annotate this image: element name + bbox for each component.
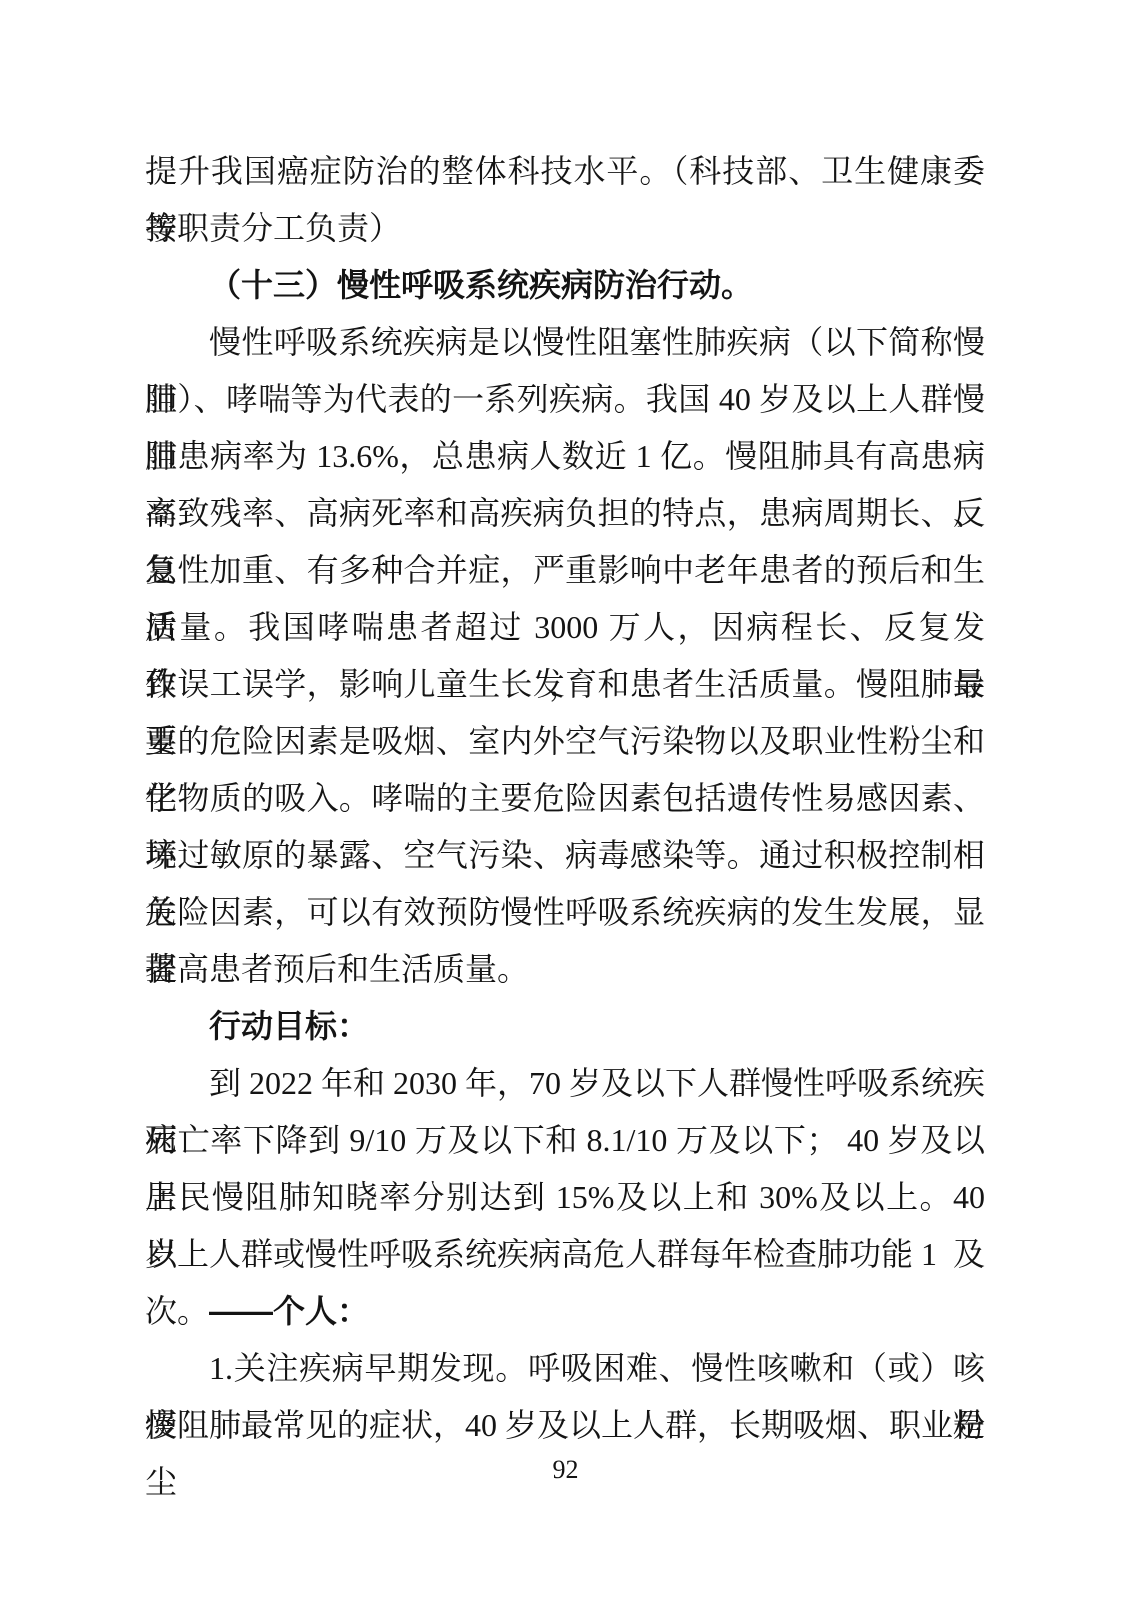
- text-line: 慢性呼吸系统疾病是以慢性阻塞性肺疾病（以下简称慢阻: [145, 314, 985, 371]
- page-number: 92: [0, 1453, 1131, 1487]
- text-line: 慢阻肺最常见的症状，40 岁及以上人群，长期吸烟、职业粉尘: [145, 1397, 985, 1454]
- text-line: 高致残率、高病死率和高疾病负担的特点，患病周期长、反复: [145, 485, 985, 542]
- text-line: 1.关注疾病早期发现。呼吸困难、慢性咳嗽和（或）咳痰是: [145, 1340, 985, 1397]
- text-line: 急性加重、有多种合并症，严重影响中老年患者的预后和生活: [145, 542, 985, 599]
- text-line: 质量。我国哮喘患者超过 3000 万人，因病程长、反复发作，导: [145, 599, 985, 656]
- individual-heading: ——个人：: [145, 1283, 985, 1340]
- text-line: 居民慢阻肺知晓率分别达到 15%及以上和 30%及以上。40 岁及: [145, 1169, 985, 1226]
- text-line: 肺患病率为 13.6%，总患病人数近 1 亿。慢阻肺具有高患病率、: [145, 428, 985, 485]
- text-line: 提升我国癌症防治的整体科技水平。（科技部、卫生健康委等: [145, 143, 985, 200]
- text-line: 死亡率下降到 9/10 万及以下和 8.1/10 万及以下； 40 岁及以上: [145, 1112, 985, 1169]
- text-line: 提高患者预后和生活质量。: [145, 941, 985, 998]
- text-line: 境过敏原的暴露、空气污染、病毒感染等。通过积极控制相关: [145, 827, 985, 884]
- document-text-block: 提升我国癌症防治的整体科技水平。（科技部、卫生健康委等 按职责分工负责） （十三…: [145, 143, 985, 1454]
- document-page: 提升我国癌症防治的整体科技水平。（科技部、卫生健康委等 按职责分工负责） （十三…: [0, 0, 1131, 1600]
- text-line: 学物质的吸入。哮喘的主要危险因素包括遗传性易感因素、环: [145, 770, 985, 827]
- text-line: 危险因素，可以有效预防慢性呼吸系统疾病的发生发展，显著: [145, 884, 985, 941]
- text-line: 要的危险因素是吸烟、室内外空气污染物以及职业性粉尘和化: [145, 713, 985, 770]
- text-line: 到 2022 年和 2030 年，70 岁及以下人群慢性呼吸系统疾病: [145, 1055, 985, 1112]
- goals-heading: 行动目标：: [145, 998, 985, 1055]
- text-line: 肺）、哮喘等为代表的一系列疾病。我国 40 岁及以上人群慢阻: [145, 371, 985, 428]
- text-line: 以上人群或慢性呼吸系统疾病高危人群每年检查肺功能 1 次。: [145, 1226, 985, 1283]
- text-line: 按职责分工负责）: [145, 200, 985, 257]
- section-heading: （十三）慢性呼吸系统疾病防治行动。: [145, 257, 985, 314]
- text-line: 致误工误学，影响儿童生长发育和患者生活质量。慢阻肺最重: [145, 656, 985, 713]
